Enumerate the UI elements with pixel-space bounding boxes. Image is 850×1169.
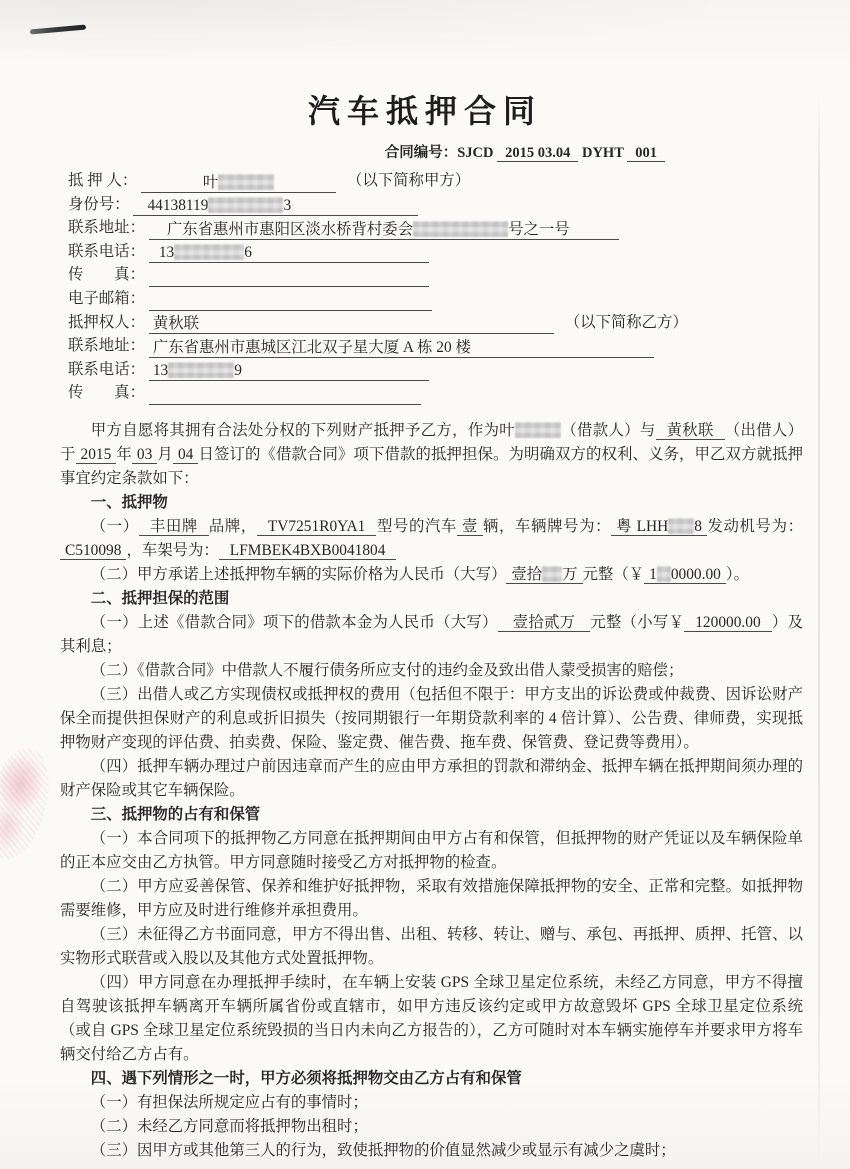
party-fields: 抵 押 人： 叶 （以下简称甲方） 身份号： 441381193 联系地址： 广… xyxy=(68,169,850,405)
contract-number-mid: DYHT xyxy=(582,145,624,161)
clause-2-2: （二）《借款合同》中借款人不履行债务所应支付的违约金及致出借人蒙受损害的赔偿； xyxy=(60,659,803,683)
intro-seg-1: 甲方自愿将其拥有合法处分权的下列财产抵押予乙方，作为叶 xyxy=(91,422,515,439)
contract-number: 合同编号：SJCD 2015 03.04 DYHT 001 xyxy=(0,141,850,162)
contract-month: 03 xyxy=(132,446,157,464)
email-line xyxy=(149,290,432,311)
fax-1-line xyxy=(149,266,429,287)
phone-1-label: 联系电话： xyxy=(68,240,145,264)
vehicle-plate-start: 粤 LHH xyxy=(616,518,668,535)
redaction-blur xyxy=(657,566,671,582)
mortgagee-label: 抵押权人： xyxy=(68,311,145,335)
vin-number: LFMBEK4BXB0041804 xyxy=(219,542,397,560)
clause-2-3: （三）出借人或乙方实现债权或抵押权的费用（包括但不限于：甲方支出的诉讼费或仲裁费… xyxy=(60,683,803,755)
field-email: 电子邮箱： xyxy=(68,287,850,311)
address-1-end: 号之一号 xyxy=(508,221,570,238)
field-mortgagee: 抵押权人： 黄秋联 （以下简称乙方） xyxy=(68,311,850,335)
clause-2-4: （四）抵押车辆办理过户前因违章而产生的应由甲方承担的罚款和滞纳金、抵押车辆在抵押… xyxy=(60,755,803,803)
loan-amount-capital: 壹拾贰万 xyxy=(498,614,591,632)
address-1-start: 广东省惠州市惠阳区淡水桥背村委会 xyxy=(167,221,413,238)
scan-edge-line xyxy=(818,95,820,1169)
field-address-2: 联系地址： 广东省惠州市惠城区江北双子星大厦 A 栋 20 楼 xyxy=(68,334,850,358)
clause-1-2-seg-2: 元整（￥ xyxy=(583,566,645,583)
clause-2-1-seg-2: 元整（小写￥ xyxy=(590,614,684,631)
pink-fingerprint-smudge xyxy=(0,744,55,864)
phone-1-end: 6 xyxy=(244,244,252,261)
redaction-blur xyxy=(668,518,694,534)
intro-seg-5: 月 xyxy=(157,446,173,463)
address-2-label: 联系地址： xyxy=(68,334,145,358)
clause-1-1-seg-5: 发动机号为： xyxy=(707,518,803,535)
clause-3-2: （二）甲方应妥善保管、保养和维护好抵押物，采取有效措施保障抵押物的安全、正常和完… xyxy=(60,875,803,923)
redaction-blur xyxy=(413,221,508,237)
phone-1-start: 13 xyxy=(159,244,174,261)
mortgagor-name: 叶 xyxy=(203,174,218,191)
section-4-heading: 四、遇下列情形之一时，甲方必须将抵押物交由乙方占有和保管 xyxy=(60,1067,803,1091)
mortgagee-suffix: （以下简称乙方） xyxy=(558,314,688,331)
email-label: 电子邮箱： xyxy=(68,287,145,311)
section-2-heading: 二、抵押担保的范围 xyxy=(60,587,803,611)
redaction-blur xyxy=(542,566,562,582)
scan-shadow xyxy=(0,0,850,70)
contract-number-date: 2015 03.04 xyxy=(497,145,578,162)
clause-3-1: （一）本合同项下的抵押物乙方同意在抵押期间由甲方占有和保管，但抵押物的财产凭证以… xyxy=(60,827,803,875)
field-id-number: 身份号： 441381193 xyxy=(68,193,850,217)
contract-day: 04 xyxy=(173,446,198,464)
field-phone-1: 联系电话： 136 xyxy=(68,240,850,264)
clause-4-2: （二）未经乙方同意而将抵押物出租时； xyxy=(60,1115,803,1139)
address-1-label: 联系地址： xyxy=(68,216,145,240)
vehicle-brand: 丰田牌 xyxy=(139,518,209,536)
vehicle-value-capital-end: 万 xyxy=(562,566,577,583)
mortgagor-suffix: （以下简称甲方） xyxy=(340,172,470,189)
vehicle-value-capital: 壹拾万 xyxy=(506,566,582,584)
vehicle-model: TV7251R0YA1 xyxy=(257,518,376,536)
clause-1-2-seg-3: ）。 xyxy=(726,566,749,583)
vehicle-value-number-start: 1 xyxy=(649,566,657,583)
vehicle-plate-end: 8 xyxy=(694,518,702,535)
mortgagor-value-line: 叶 xyxy=(141,172,336,193)
clause-4-1: （一）有担保法所规定应占有的事情时； xyxy=(60,1091,803,1115)
intro-paragraph: 甲方自愿将其拥有合法处分权的下列财产抵押予乙方，作为叶（借款人）与黄秋联（出借人… xyxy=(60,419,803,491)
id-number-start: 44138119 xyxy=(147,197,208,214)
loan-amount-number: 120000.00 xyxy=(684,614,771,632)
address-2-value: 广东省惠州市惠城区江北双子星大厦 A 栋 20 楼 xyxy=(153,339,471,356)
scanned-contract-page: 汽车抵押合同 合同编号：SJCD 2015 03.04 DYHT 001 抵 押… xyxy=(0,0,850,1169)
section-1-heading: 一、抵押物 xyxy=(60,491,803,515)
contract-number-prefix: 合同编号：SJCD xyxy=(385,145,494,161)
field-phone-2: 联系电话： 139 xyxy=(68,358,850,382)
intro-seg-4: 年 xyxy=(116,446,132,463)
clause-4-3: （三）因甲方或其他第三人的行为，致使抵押物的价值显然减少或显示有减少之虞时； xyxy=(60,1139,803,1163)
vehicle-value-number: 10000.00 xyxy=(644,566,726,584)
address-1-line: 广东省惠州市惠阳区淡水桥背村委会号之一号 xyxy=(149,219,619,240)
clause-3-3: （三）未征得乙方书面同意，甲方不得出售、出租、转移、转让、赠与、承包、再抵押、质… xyxy=(60,923,803,971)
clause-2-1: （一）上述《借款合同》项下的借款本金为人民币（大写）壹拾贰万元整（小写￥1200… xyxy=(60,611,803,659)
redaction-blur xyxy=(174,244,244,260)
clause-1-1-seg-1: （一） xyxy=(91,518,139,535)
mortgagee-value-line: 黄秋联 xyxy=(149,313,554,334)
phone-2-line: 139 xyxy=(149,360,429,381)
field-fax-1: 传 真： xyxy=(68,263,850,287)
phone-1-line: 136 xyxy=(149,242,429,263)
redaction-blur xyxy=(208,197,283,213)
contract-year: 2015 xyxy=(76,446,117,464)
field-address-1: 联系地址： 广东省惠州市惠阳区淡水桥背村委会号之一号 xyxy=(68,216,850,240)
field-fax-2: 传 真： xyxy=(68,381,850,405)
address-2-line: 广东省惠州市惠城区江北双子星大厦 A 栋 20 楼 xyxy=(149,337,654,358)
clause-1-2: （二）甲方承诺上述抵押物车辆的实际价格为人民币（大写）壹拾万元整（￥10000.… xyxy=(60,563,803,587)
engine-number: C510098 xyxy=(60,542,126,560)
id-label: 身份号： xyxy=(68,193,130,217)
phone-2-start: 13 xyxy=(153,362,168,379)
field-mortgagor: 抵 押 人： 叶 （以下简称甲方） xyxy=(68,169,850,193)
id-value-line: 441381193 xyxy=(133,195,418,216)
redaction-blur xyxy=(218,174,274,190)
fax-2-line xyxy=(149,384,421,405)
phone-2-label: 联系电话： xyxy=(68,358,145,382)
intro-seg-2: （借款人）与 xyxy=(561,422,656,439)
clause-1-1-seg-3: 型号的汽车 xyxy=(376,518,457,535)
clause-1-1-seg-4: 辆，车辆牌号为： xyxy=(483,518,611,535)
clause-3-4: （四）甲方同意在办理抵押手续时，在车辆上安装 GPS 全球卫星定位系统，未经乙方… xyxy=(60,971,803,1067)
vehicle-value-number-end: 0000.00 xyxy=(671,566,721,583)
mortgagor-label: 抵 押 人： xyxy=(68,169,137,193)
clause-1-1-seg-2: 品牌， xyxy=(209,518,257,535)
clause-1-1-seg-6: ，车架号为： xyxy=(126,542,218,559)
vehicle-value-capital-start: 壹拾 xyxy=(511,566,542,583)
contract-number-serial: 001 xyxy=(627,145,665,162)
fax-2-label: 传 真： xyxy=(68,381,145,405)
vehicle-quantity: 壹 xyxy=(457,518,483,536)
redaction-blur xyxy=(168,362,234,378)
section-3-heading: 三、抵押物的占有和保管 xyxy=(60,803,803,827)
clause-1-2-seg-1: （二）甲方承诺上述抵押物车辆的实际价格为人民币（大写） xyxy=(91,566,507,583)
fax-1-label: 传 真： xyxy=(68,263,145,287)
clause-1-1: （一）丰田牌品牌，TV7251R0YA1型号的汽车壹辆，车辆牌号为：粤 LHH8… xyxy=(60,515,803,563)
page-title: 汽车抵押合同 xyxy=(0,86,850,132)
contract-body: 甲方自愿将其拥有合法处分权的下列财产抵押予乙方，作为叶（借款人）与黄秋联（出借人… xyxy=(60,419,803,1163)
redaction-blur xyxy=(515,422,561,438)
lender-name: 黄秋联 xyxy=(656,422,725,440)
mortgagee-name: 黄秋联 xyxy=(153,315,199,332)
vehicle-plate: 粤 LHH8 xyxy=(611,518,707,536)
phone-2-end: 9 xyxy=(234,362,242,379)
clause-2-1-seg-1: （一）上述《借款合同》项下的借款本金为人民币（大写） xyxy=(91,614,498,631)
id-number-end: 3 xyxy=(283,197,291,214)
